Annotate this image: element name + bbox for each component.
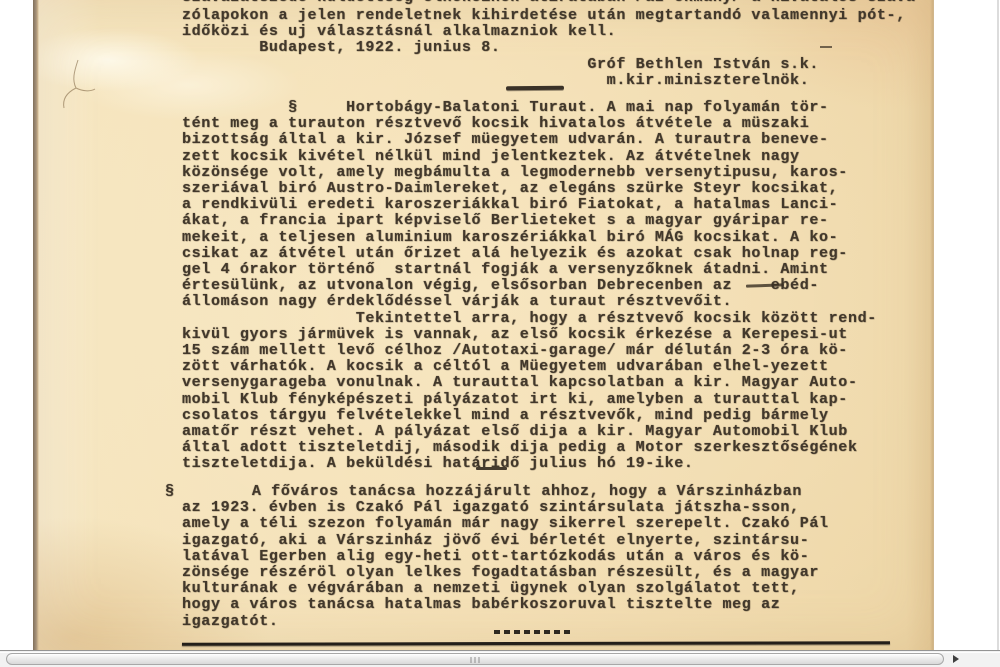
text-line: ákat, a francia ipart képviselő Berliete… [182,213,877,229]
text-line: a rendkivüli eredeti karoszeriákkal biró… [182,197,877,213]
text-line: közönsége volt, amely megbámulta a legmo… [182,165,877,181]
text-line: latával Egerben alig egy-heti ott-tartóz… [182,549,829,565]
text-line: időközi és uj választásnál alkalmazniok … [182,24,906,40]
text-line: 15 szám mellett levő célhoz /Autotaxi-ga… [182,343,877,359]
text-line: csolatos tárgyu felvételekkel mind a rés… [182,408,877,424]
text-line: amatőr részt vehet. A pályázat első dija… [182,424,877,440]
text-line: igazgató, aki a Várszinház jövő évi bérl… [182,533,829,549]
clipped-top-line: szavazatszedő küldöttség elnökeinek átir… [182,0,925,6]
text-line: hogy a város tanácsa hatalmas babérkoszo… [182,597,829,613]
text-line: Gróf Bethlen István s.k. [182,57,906,73]
text-line: szeriával biró Austro-Daimlereket, az el… [182,181,877,197]
text-line: az 1923. évben is Czakó Pál igazgató szi… [182,500,829,516]
ink-dashed-separator [494,630,574,634]
text-line: versenygarageba vonulnak. A turauttal ka… [182,375,877,391]
text-line: Tekintettel arra, hogy a résztvevő kocsi… [182,311,877,327]
ink-rule-line [182,641,890,645]
text-line: zólapokon a jelen rendeletnek kihirdetés… [182,8,906,24]
text-line: § A főváros tanácsa hozzájárult ahhoz, h… [165,484,829,500]
ink-dash-separator [476,467,507,470]
text-line: mobil Klub fényképészeti pályázatot irt … [182,392,877,408]
text-line: gel 4 órakor történő startnál fogják a v… [182,262,877,278]
text-line: állomáson nagy érdeklődéssel várják a tu… [182,294,877,310]
scanned-document-page: szavazatszedő küldöttség elnökeinek átir… [38,0,933,650]
paper-crack-mark [54,58,98,114]
text-line: bizottság által a kir. József müegyetem … [182,132,877,148]
ink-dash-separator [506,86,564,91]
right-arrow-icon[interactable] [953,655,959,663]
text-line: igazgatót. [182,614,829,630]
grip-lines-icon [471,657,480,663]
page-right-edge-shadow [930,0,934,650]
paragraph-varszinhaz: § A főváros tanácsa hozzájárult ahhoz, h… [182,484,829,630]
text-line: amely a téli szezon folyamán már nagy si… [182,516,829,532]
decree-closing-and-signature: zólapokon a jelen rendeletnek kihirdetés… [182,8,906,89]
document-viewer: szavazatszedő küldöttség elnökeinek átir… [0,0,1000,667]
text-line: csikat az átvétel után őrizet alá helyez… [182,246,877,262]
text-line: mekeit, a teljesen aluminium karoszériák… [182,230,877,246]
text-line: § Hortobágy-Balatoni Turaut. A mai nap f… [182,100,877,116]
text-line: zönsége részéröl olyan lelkes fogadtatás… [182,565,829,581]
viewport-right-border [997,0,999,667]
text-line: kivül gyors jármüvek is vannak, az első … [182,327,877,343]
horizontal-scrollbar-thumb[interactable] [6,653,944,665]
stray-ink-mark [820,46,832,48]
text-line: tiszteletdija. A beküldési határidő juli… [182,456,877,472]
text-line: Budapest, 1922. junius 8. [182,40,906,56]
text-line: zett kocsik kivétel nélkül mind jelentke… [182,149,877,165]
horizontal-scrollbar[interactable] [0,650,1000,667]
page-left-edge-shadow [33,0,39,650]
text-line: tént meg a turauton résztvevő kocsik hiv… [182,116,877,132]
text-line: kulturának e végvárában a nemzeti ügynek… [182,581,829,597]
